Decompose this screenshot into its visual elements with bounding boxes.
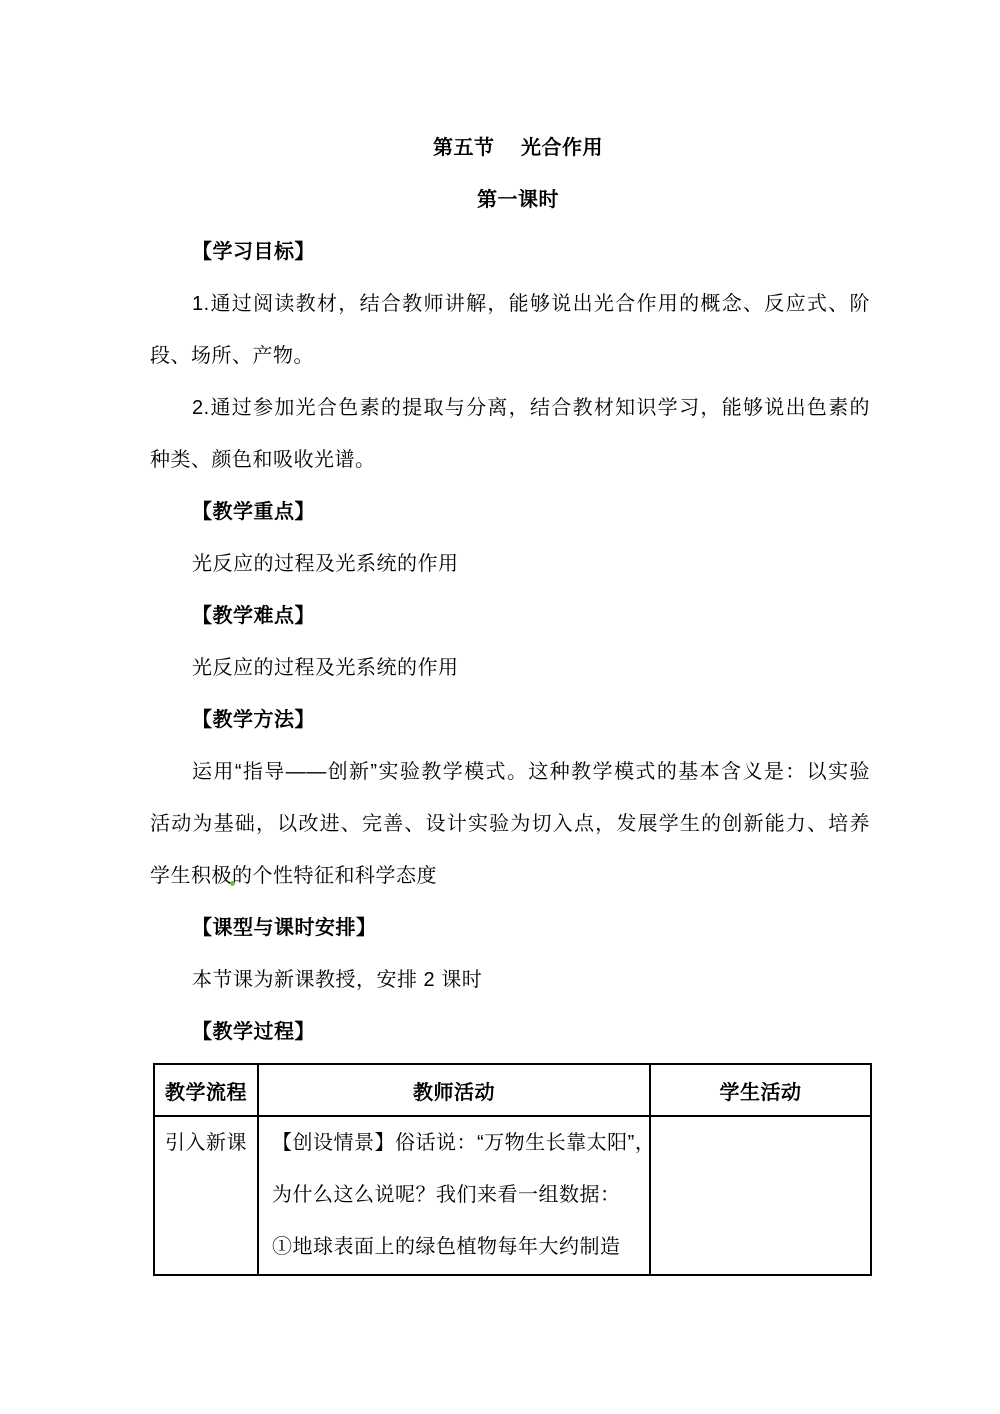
body-line: 2.通过参加光合色素的提取与分离，结合教材知识学习，能够说出色素的 [150,382,870,434]
body-line: 运用“指导——创新”实验教学模式。这种教学模式的基本含义是：以实验 [150,746,870,798]
section-heading-teaching-focus: 【教学重点】 [150,486,870,538]
section-heading-teaching-method: 【教学方法】 [150,694,870,746]
col-header-student-activity: 学生活动 [650,1064,871,1116]
body-line: 段、场所、产物。 [150,330,870,382]
doc-subtitle: 第一课时 [150,174,870,226]
col-header-teaching-flow: 教学流程 [154,1064,258,1116]
teacher-activity-line: 【创设情景】俗话说：“万物生长靠太阳”， [272,1117,643,1169]
teacher-activity-line: 为什么这么说呢？我们来看一组数据： [272,1169,643,1221]
stage-cell: 引入新课 [154,1116,258,1275]
table-header-row: 教学流程 教师活动 学生活动 [154,1064,871,1116]
document-page: 第五节 光合作用 第一课时 【学习目标】 1.通过阅读教材，结合教师讲解，能够说… [0,0,1000,1414]
section-heading-teaching-difficulty: 【教学难点】 [150,590,870,642]
body-line: 学生积极的个性特征和科学态度 [150,850,870,902]
body-line: 本节课为新课教授，安排 2 课时 [150,954,870,1006]
body-line: 活动为基础，以改进、完善、设计实验为切入点，发展学生的创新能力、培养 [150,798,870,850]
section-heading-lesson-type: 【课型与课时安排】 [150,902,870,954]
doc-title: 第五节 光合作用 [150,122,870,174]
teaching-process-table: 教学流程 教师活动 学生活动 引入新课 【创设情景】俗话说：“万物生长靠太阳”，… [153,1063,872,1276]
teacher-activity-line: ①地球表面上的绿色植物每年大约制造 [272,1221,643,1273]
spellcheck-dot [230,881,235,886]
document-body: 第五节 光合作用 第一课时 【学习目标】 1.通过阅读教材，结合教师讲解，能够说… [150,122,870,1058]
section-heading-teaching-process: 【教学过程】 [150,1006,870,1058]
body-line: 光反应的过程及光系统的作用 [150,538,870,590]
col-header-teacher-activity: 教师活动 [258,1064,650,1116]
body-line: 种类、颜色和吸收光谱。 [150,434,870,486]
section-heading-learning-goals: 【学习目标】 [150,226,870,278]
teacher-activity-cell: 【创设情景】俗话说：“万物生长靠太阳”， 为什么这么说呢？我们来看一组数据： ①… [258,1116,650,1275]
body-line: 1.通过阅读教材，结合教师讲解，能够说出光合作用的概念、反应式、阶 [150,278,870,330]
table-row: 引入新课 【创设情景】俗话说：“万物生长靠太阳”， 为什么这么说呢？我们来看一组… [154,1116,871,1275]
student-activity-cell [650,1116,871,1275]
body-line: 光反应的过程及光系统的作用 [150,642,870,694]
